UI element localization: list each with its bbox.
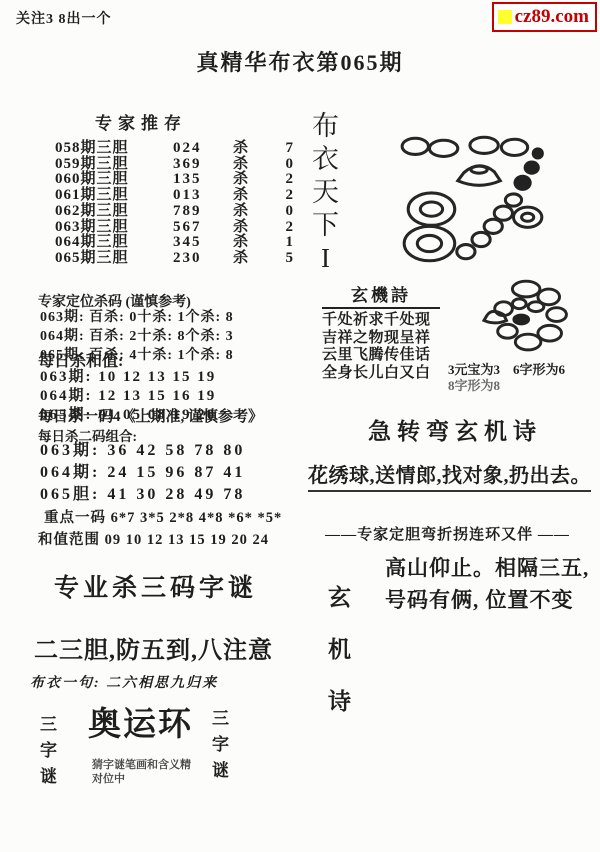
buyi-tianxia-vertical-title: 布 衣 天 下 I (312, 110, 339, 275)
daily-two-kill-line: 063期: 36 42 58 78 80 (40, 440, 245, 462)
sharp-turn-poem-line: 花绣球,送情郎,找对象,扔出去。 (308, 459, 591, 492)
char: I (321, 242, 330, 275)
char: 三 (40, 712, 57, 738)
expert-row: 063期三胆567杀2 (55, 220, 293, 236)
poem-line: 千处祈求千处现 (322, 312, 440, 330)
buyi-sentence: 布衣一句: 二六相思九归来 (30, 672, 218, 692)
char: 天 (312, 176, 339, 209)
char: 机 (328, 624, 351, 676)
daily-two-kill-lines: 063期: 36 42 58 78 80 064期: 24 15 96 87 4… (40, 440, 245, 506)
row-pick: 024 (173, 141, 233, 157)
daily-two-kill-line: 064期: 24 15 96 87 41 (40, 462, 245, 484)
row-kill: 杀 (233, 251, 273, 267)
row-pick: 135 (173, 172, 233, 188)
xuanjishi-vertical-label: 玄 机 诗 (328, 572, 351, 728)
logo-text: cz89.com (515, 6, 589, 28)
note-line: 对位中 (92, 772, 191, 786)
drawing-caption-line2: 8字形为8 (448, 375, 500, 394)
xuanji-poem-lines: 千处祈求千处现 吉祥之物现呈祥 云里飞腾传佳话 全身长儿白又白 (322, 312, 440, 382)
row-kill-value: 2 (273, 172, 293, 188)
page-title: 真精华布衣第065期 (0, 46, 600, 77)
xuanji-poem-header: 玄機詩 (322, 281, 440, 309)
aoyunhuan-answer: 奥运环 (88, 698, 193, 745)
expert-row: 062期三胆789杀0 (55, 204, 293, 220)
char: 下 (312, 209, 339, 242)
row-pick: 345 (173, 235, 233, 251)
row-kill-value: 5 (273, 251, 293, 267)
oval-ring-svg (480, 276, 588, 360)
coins-chain-drawing (393, 128, 555, 275)
char: 字 (212, 732, 229, 758)
char: 玄 (328, 572, 351, 624)
char: 谜 (40, 764, 57, 790)
row-pick: 567 (173, 220, 233, 236)
daily-one-kill: 每日杀一码4《上期准, 谨慎参考》 (38, 405, 263, 426)
note-line: 猜字谜笔画和含义精 (92, 758, 191, 772)
expert-dantuo-divider: ——专家定胆弯折拐连环又伴 —— (305, 523, 590, 544)
row-label: 064期三胆 (55, 235, 173, 251)
row-kill-value: 0 (273, 204, 293, 220)
row-kill: 杀 (233, 188, 273, 204)
expert-row: 064期三胆345杀1 (55, 235, 293, 251)
xuanji-poem-box: 玄機詩 千处祈求千处现 吉祥之物现呈祥 云里飞腾传佳话 全身长儿白又白 (322, 281, 440, 382)
row-pick: 789 (173, 204, 233, 220)
row-label: 058期三胆 (55, 141, 173, 157)
top-note: 关注3 8出一个 (16, 8, 112, 28)
logo-yellow-square-icon (498, 10, 512, 24)
row-kill-value: 2 (273, 220, 293, 236)
row-label: 060期三胆 (55, 172, 173, 188)
expert-row: 060期三胆135杀2 (55, 172, 293, 188)
expert-recommend-list: 058期三胆024杀7 059期三胆369杀0 060期三胆135杀2 061期… (55, 141, 293, 267)
row-label: 063期三胆 (55, 220, 173, 236)
sharp-turn-poem-title: 急转弯玄机诗 (320, 413, 590, 446)
key-one-code: 重点一码 6*7 3*5 2*8 4*8 *6* *5* (44, 506, 282, 527)
row-kill-value: 7 (273, 141, 293, 157)
row-label: 062期三胆 (55, 204, 173, 220)
three-char-riddle-left: 三 字 谜 (40, 712, 57, 790)
site-logo: cz89.com (492, 2, 597, 32)
row-label: 061期三胆 (55, 188, 173, 204)
scanned-lottery-sheet: 关注3 8出一个 cz89.com 真精华布衣第065期 专家推存 058期三胆… (0, 0, 600, 852)
row-kill: 杀 (233, 235, 273, 251)
riddle-small-note: 猜字谜笔画和含义精 对位中 (92, 758, 191, 786)
poem-line: 号码有俩, 位置不变 (385, 584, 589, 616)
number-riddle: 二三胆,防五到,八注意 (34, 630, 273, 665)
row-kill-value: 0 (273, 157, 293, 173)
row-pick: 369 (173, 157, 233, 173)
daily-two-kill-line: 065胆: 41 30 28 49 78 (40, 484, 245, 506)
row-kill-value: 1 (273, 235, 293, 251)
coins-chain-svg (393, 128, 555, 270)
row-kill: 杀 (233, 141, 273, 157)
row-kill-value: 2 (273, 188, 293, 204)
char: 衣 (312, 143, 339, 176)
expert-row: 058期三胆024杀7 (55, 141, 293, 157)
char: 诗 (328, 676, 351, 728)
expert-row: 061期三胆013杀2 (55, 188, 293, 204)
oval-ring-drawing (480, 276, 588, 365)
sum-range: 和值范围 09 10 12 13 15 19 20 24 (38, 528, 269, 549)
position-kill-line: 063期: 百杀: 0十杀: 1个杀: 8 (40, 308, 234, 327)
row-kill: 杀 (233, 172, 273, 188)
three-char-riddle-right: 三 字 谜 (212, 706, 229, 784)
char: 谜 (212, 758, 229, 784)
poem-line: 吉祥之物现呈祥 (322, 330, 440, 348)
row-pick: 230 (173, 251, 233, 267)
expert-recommend-header: 专家推存 (95, 109, 187, 134)
expert-row: 065期三胆230杀5 (55, 251, 293, 267)
char: 字 (40, 738, 57, 764)
row-pick: 013 (173, 188, 233, 204)
kill-three-title: 专业杀三码字谜 (38, 568, 273, 604)
bottom-mystery-poem: 高山仰止。相隔三五, 号码有俩, 位置不变 (385, 552, 589, 616)
poem-line: 云里飞腾传佳话 (322, 347, 440, 365)
poem-line: 高山仰止。相隔三五, (385, 552, 589, 584)
row-kill: 杀 (233, 220, 273, 236)
daily-sum-kill-line: 064期: 12 13 15 16 19 (40, 387, 216, 406)
position-kill-line: 064期: 百杀: 2十杀: 8个杀: 3 (40, 327, 234, 346)
char: 三 (212, 706, 229, 732)
poem-line: 全身长儿白又白 (322, 365, 440, 383)
daily-sum-kill-line: 063期: 10 12 13 15 19 (40, 368, 216, 387)
row-kill: 杀 (233, 204, 273, 220)
row-label: 065期三胆 (55, 251, 173, 267)
char: 布 (312, 110, 339, 143)
